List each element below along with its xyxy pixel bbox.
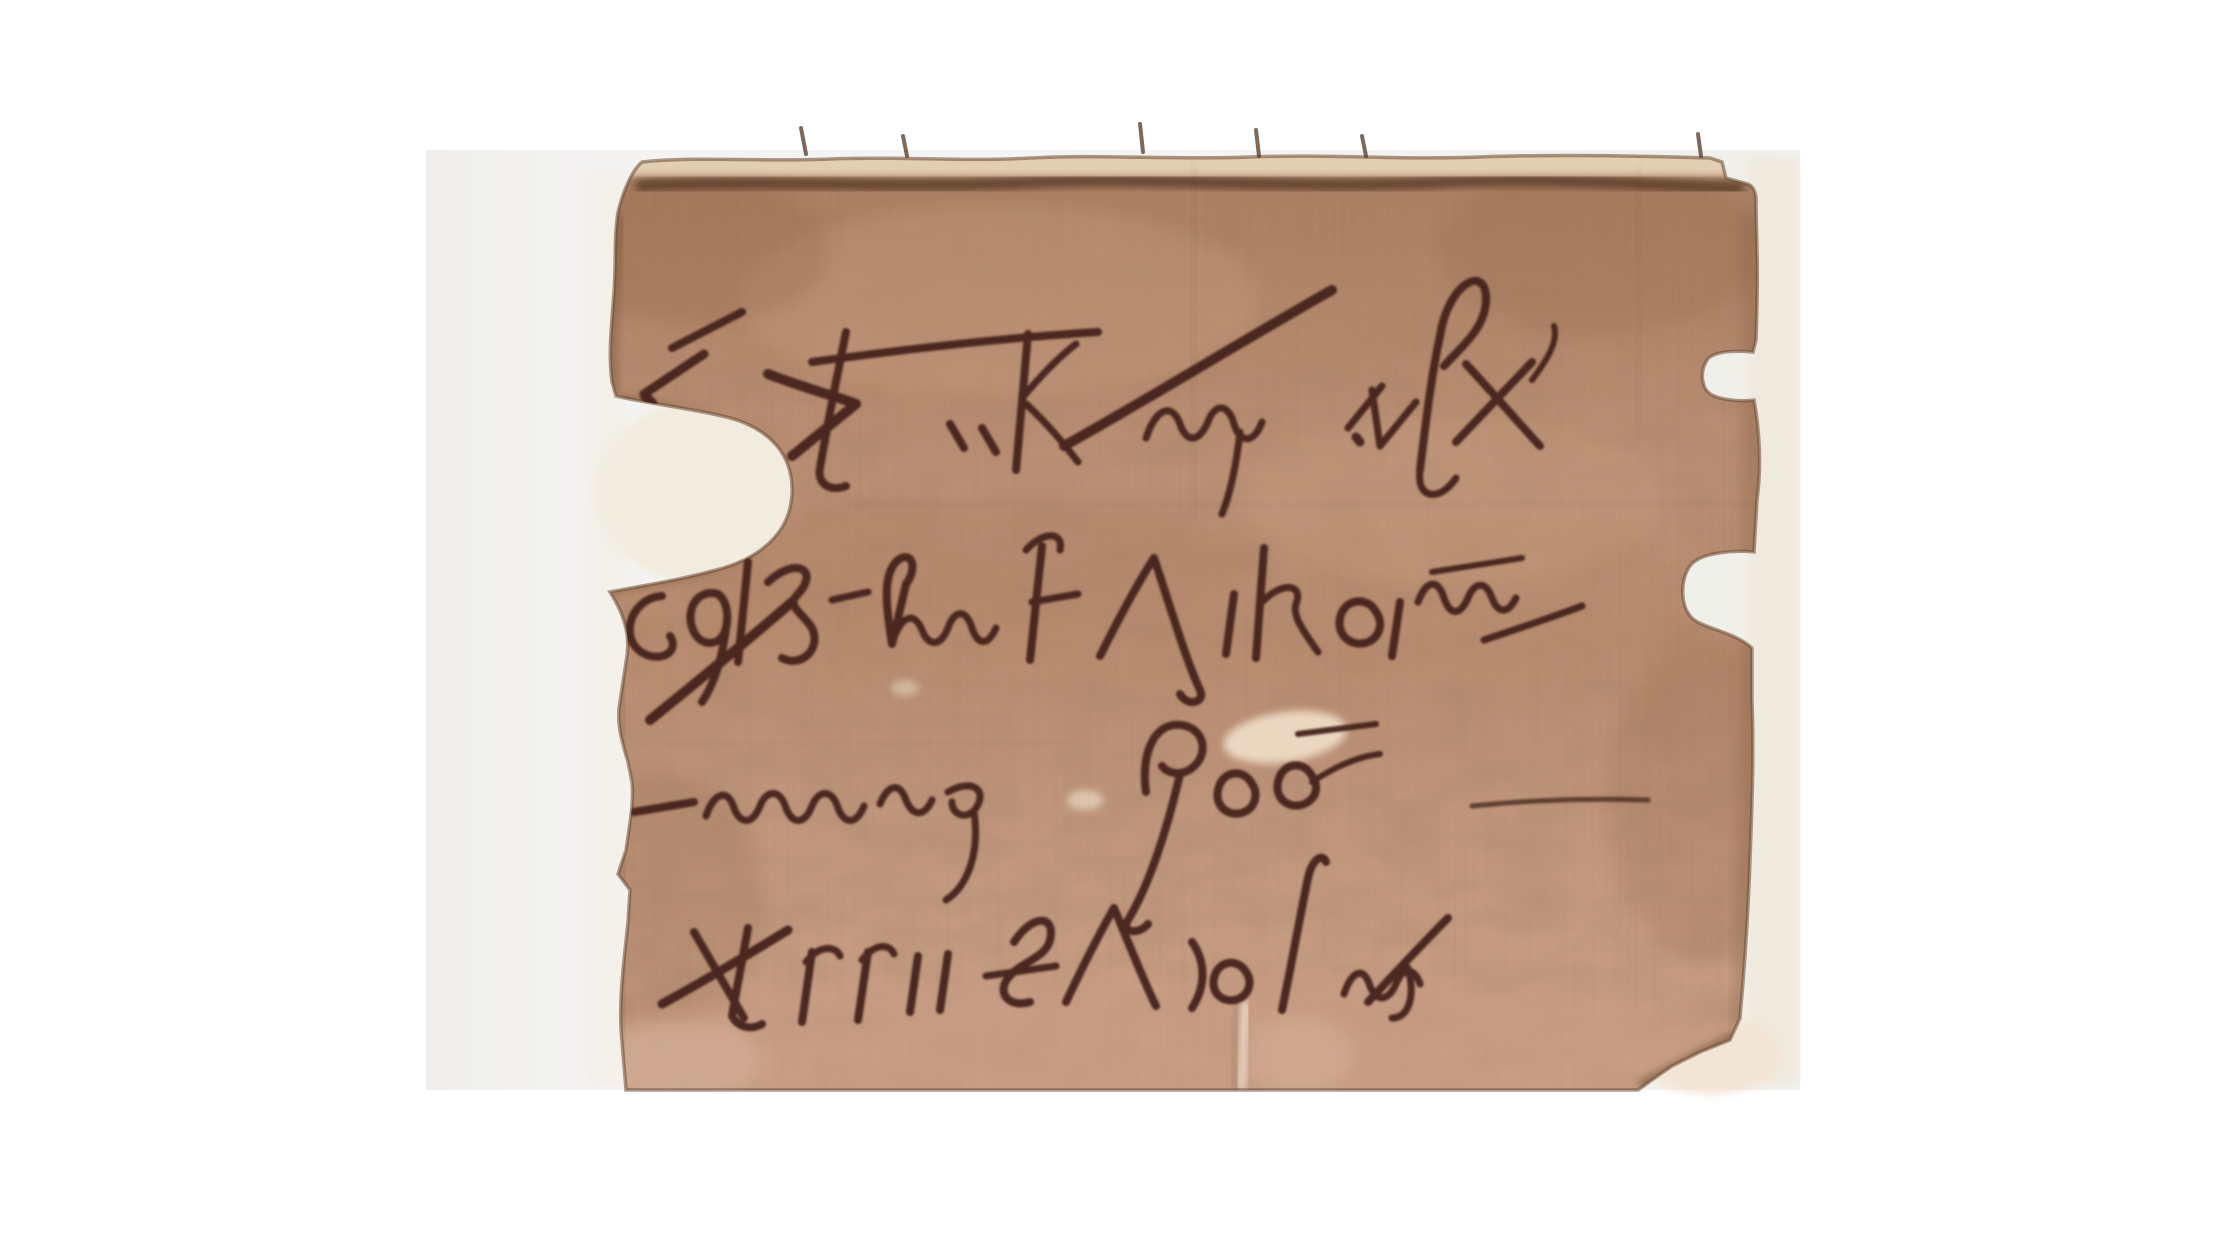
abrasion-small (891, 680, 919, 696)
crease-horizontal (640, 742, 1080, 744)
light-patch (1240, 415, 1660, 585)
papyrus-photo (0, 0, 2240, 1260)
abrasion-small (1067, 790, 1103, 810)
ink-stroke (1356, 437, 1360, 442)
crack-pale-zone (1245, 1017, 1355, 1093)
ink-stroke (645, 396, 652, 403)
top-dark-rim (636, 180, 1744, 188)
crack-light (1240, 1002, 1246, 1090)
fiber-tuft (1140, 124, 1143, 152)
page (0, 0, 2240, 1260)
